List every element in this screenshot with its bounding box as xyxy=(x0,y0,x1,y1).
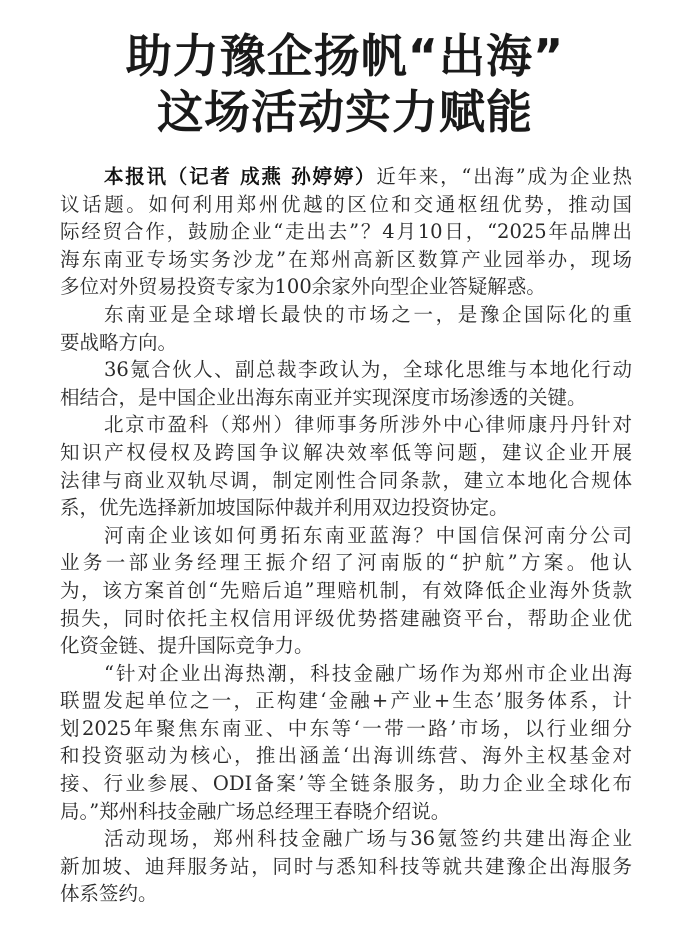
article-line: 36氪合伙人、副总裁李政认为，全球化思维与本地化行动 xyxy=(60,356,632,384)
line-text: 知识产权侵权及跨国争议解决效率低等问题，建议企业开展 xyxy=(60,441,632,464)
article-line: 划2025年聚焦东南亚、中东等‘一带一路’市场，以行业细分 xyxy=(60,715,632,743)
headline-line-1: 助力豫企扬帆“出海” xyxy=(0,28,690,84)
article-line: 活动现场，郑州科技金融广场与36氪签约共建出海企业 xyxy=(60,825,632,853)
line-text: 联盟发起单位之一，正构建‘金融+产业+生态’服务体系，计 xyxy=(60,689,632,712)
article-line: 河南企业该如何勇拓东南亚蓝海？中国信保河南分公司 xyxy=(60,522,632,550)
line-text: 新加坡、迪拜服务站，同时与悉知科技等就共建豫企出海服务 xyxy=(60,855,632,878)
line-text: 体系签约。 xyxy=(60,882,158,905)
article-headline: 助力豫企扬帆“出海” 这场活动实力赋能 xyxy=(0,28,690,140)
article-line: 北京市盈科（郑州）律师事务所涉外中心律师康丹丹针对 xyxy=(60,411,632,439)
article-line: 要战略方向。 xyxy=(60,329,632,357)
line-text: 际经贸合作，鼓励企业“走出去”？4月10日，“2025年品牌出 xyxy=(60,220,632,243)
line-text: 相结合，是中国企业出海东南亚并实现深度市场渗透的关键。 xyxy=(60,386,587,409)
line-text: 划2025年聚焦东南亚、中东等‘一带一路’市场，以行业细分 xyxy=(60,717,632,740)
line-text: “针对企业出海热潮，科技金融广场作为郑州市企业出海 xyxy=(104,662,632,685)
line-text: 接、行业参展、ODI备案’等全链条服务，助力企业全球化布 xyxy=(60,772,632,795)
line-text: 损失，同时依托主权信用评级优势搭建融资平台，帮助企业优 xyxy=(60,607,632,630)
dateline: 本报讯（记者 成燕 孙婷婷） xyxy=(104,165,376,188)
article-line: 多位对外贸易投资专家为100余家外向型企业答疑解惑。 xyxy=(60,273,632,301)
line-text: 和投资驱动为核心，推出涵盖‘出海训练营、海外主权基金对 xyxy=(60,744,632,767)
article-line: 海东南亚专场实务沙龙”在郑州高新区数算产业园举办，现场 xyxy=(60,246,632,274)
line-text: 局。”郑州科技金融广场总经理王春晓介绍说。 xyxy=(60,800,450,823)
article-line: 为，该方案首创“先赔后追”理赔机制，有效降低企业海外货款 xyxy=(60,577,632,605)
article-line: 际经贸合作，鼓励企业“走出去”？4月10日，“2025年品牌出 xyxy=(60,218,632,246)
line-text: 系，优先选择新加坡国际仲裁并利用双边投资协定。 xyxy=(60,496,509,519)
article-line: 联盟发起单位之一，正构建‘金融+产业+生态’服务体系，计 xyxy=(60,687,632,715)
article-line: 化资金链、提升国际竞争力。 xyxy=(60,632,632,660)
article-line: 法律与商业双轨尽调，制定刚性合同条款，建立本地化合规体 xyxy=(60,467,632,495)
line-text: 活动现场，郑州科技金融广场与36氪签约共建出海企业 xyxy=(104,827,632,850)
article-line: 系，优先选择新加坡国际仲裁并利用双边投资协定。 xyxy=(60,494,632,522)
article-line: 议话题。如何利用郑州优越的区位和交通枢纽优势，推动国 xyxy=(60,191,632,219)
line-text: 化资金链、提升国际竞争力。 xyxy=(60,634,314,657)
line-text: 近年来，“出海”成为企业热 xyxy=(376,165,632,188)
line-text: 东南亚是全球增长最快的市场之一，是豫企国际化的重 xyxy=(104,303,632,326)
article-line: 知识产权侵权及跨国争议解决效率低等问题，建议企业开展 xyxy=(60,439,632,467)
line-text: 业务一部业务经理王振介绍了河南版的“护航”方案。他认 xyxy=(60,551,632,574)
line-text: 为，该方案首创“先赔后追”理赔机制，有效降低企业海外货款 xyxy=(60,579,632,602)
article-line: 损失，同时依托主权信用评级优势搭建融资平台，帮助企业优 xyxy=(60,605,632,633)
article-line: 局。”郑州科技金融广场总经理王春晓介绍说。 xyxy=(60,798,632,826)
line-text: 海东南亚专场实务沙龙”在郑州高新区数算产业园举办，现场 xyxy=(60,248,632,271)
article-line: 相结合，是中国企业出海东南亚并实现深度市场渗透的关键。 xyxy=(60,384,632,412)
newspaper-page: 助力豫企扬帆“出海” 这场活动实力赋能 本报讯（记者 成燕 孙婷婷）近年来，“出… xyxy=(0,0,690,930)
article-line: 本报讯（记者 成燕 孙婷婷）近年来，“出海”成为企业热 xyxy=(60,163,632,191)
line-text: 河南企业该如何勇拓东南亚蓝海？中国信保河南分公司 xyxy=(104,524,632,547)
line-text: 36氪合伙人、副总裁李政认为，全球化思维与本地化行动 xyxy=(104,358,632,381)
article-line: 接、行业参展、ODI备案’等全链条服务，助力企业全球化布 xyxy=(60,770,632,798)
headline-line-2: 这场活动实力赋能 xyxy=(0,84,690,140)
line-text: 要战略方向。 xyxy=(60,331,177,354)
article-line: 体系签约。 xyxy=(60,880,632,908)
article-line: 新加坡、迪拜服务站，同时与悉知科技等就共建豫企出海服务 xyxy=(60,853,632,881)
article-line: “针对企业出海热潮，科技金融广场作为郑州市企业出海 xyxy=(60,660,632,688)
article-line: 和投资驱动为核心，推出涵盖‘出海训练营、海外主权基金对 xyxy=(60,742,632,770)
article-line: 东南亚是全球增长最快的市场之一，是豫企国际化的重 xyxy=(60,301,632,329)
article-body: 本报讯（记者 成燕 孙婷婷）近年来，“出海”成为企业热议话题。如何利用郑州优越的… xyxy=(60,163,632,908)
line-text: 多位对外贸易投资专家为100余家外向型企业答疑解惑。 xyxy=(60,275,546,298)
line-text: 议话题。如何利用郑州优越的区位和交通枢纽优势，推动国 xyxy=(60,193,632,216)
line-text: 北京市盈科（郑州）律师事务所涉外中心律师康丹丹针对 xyxy=(104,413,632,436)
article-line: 业务一部业务经理王振介绍了河南版的“护航”方案。他认 xyxy=(60,549,632,577)
line-text: 法律与商业双轨尽调，制定刚性合同条款，建立本地化合规体 xyxy=(60,469,632,492)
